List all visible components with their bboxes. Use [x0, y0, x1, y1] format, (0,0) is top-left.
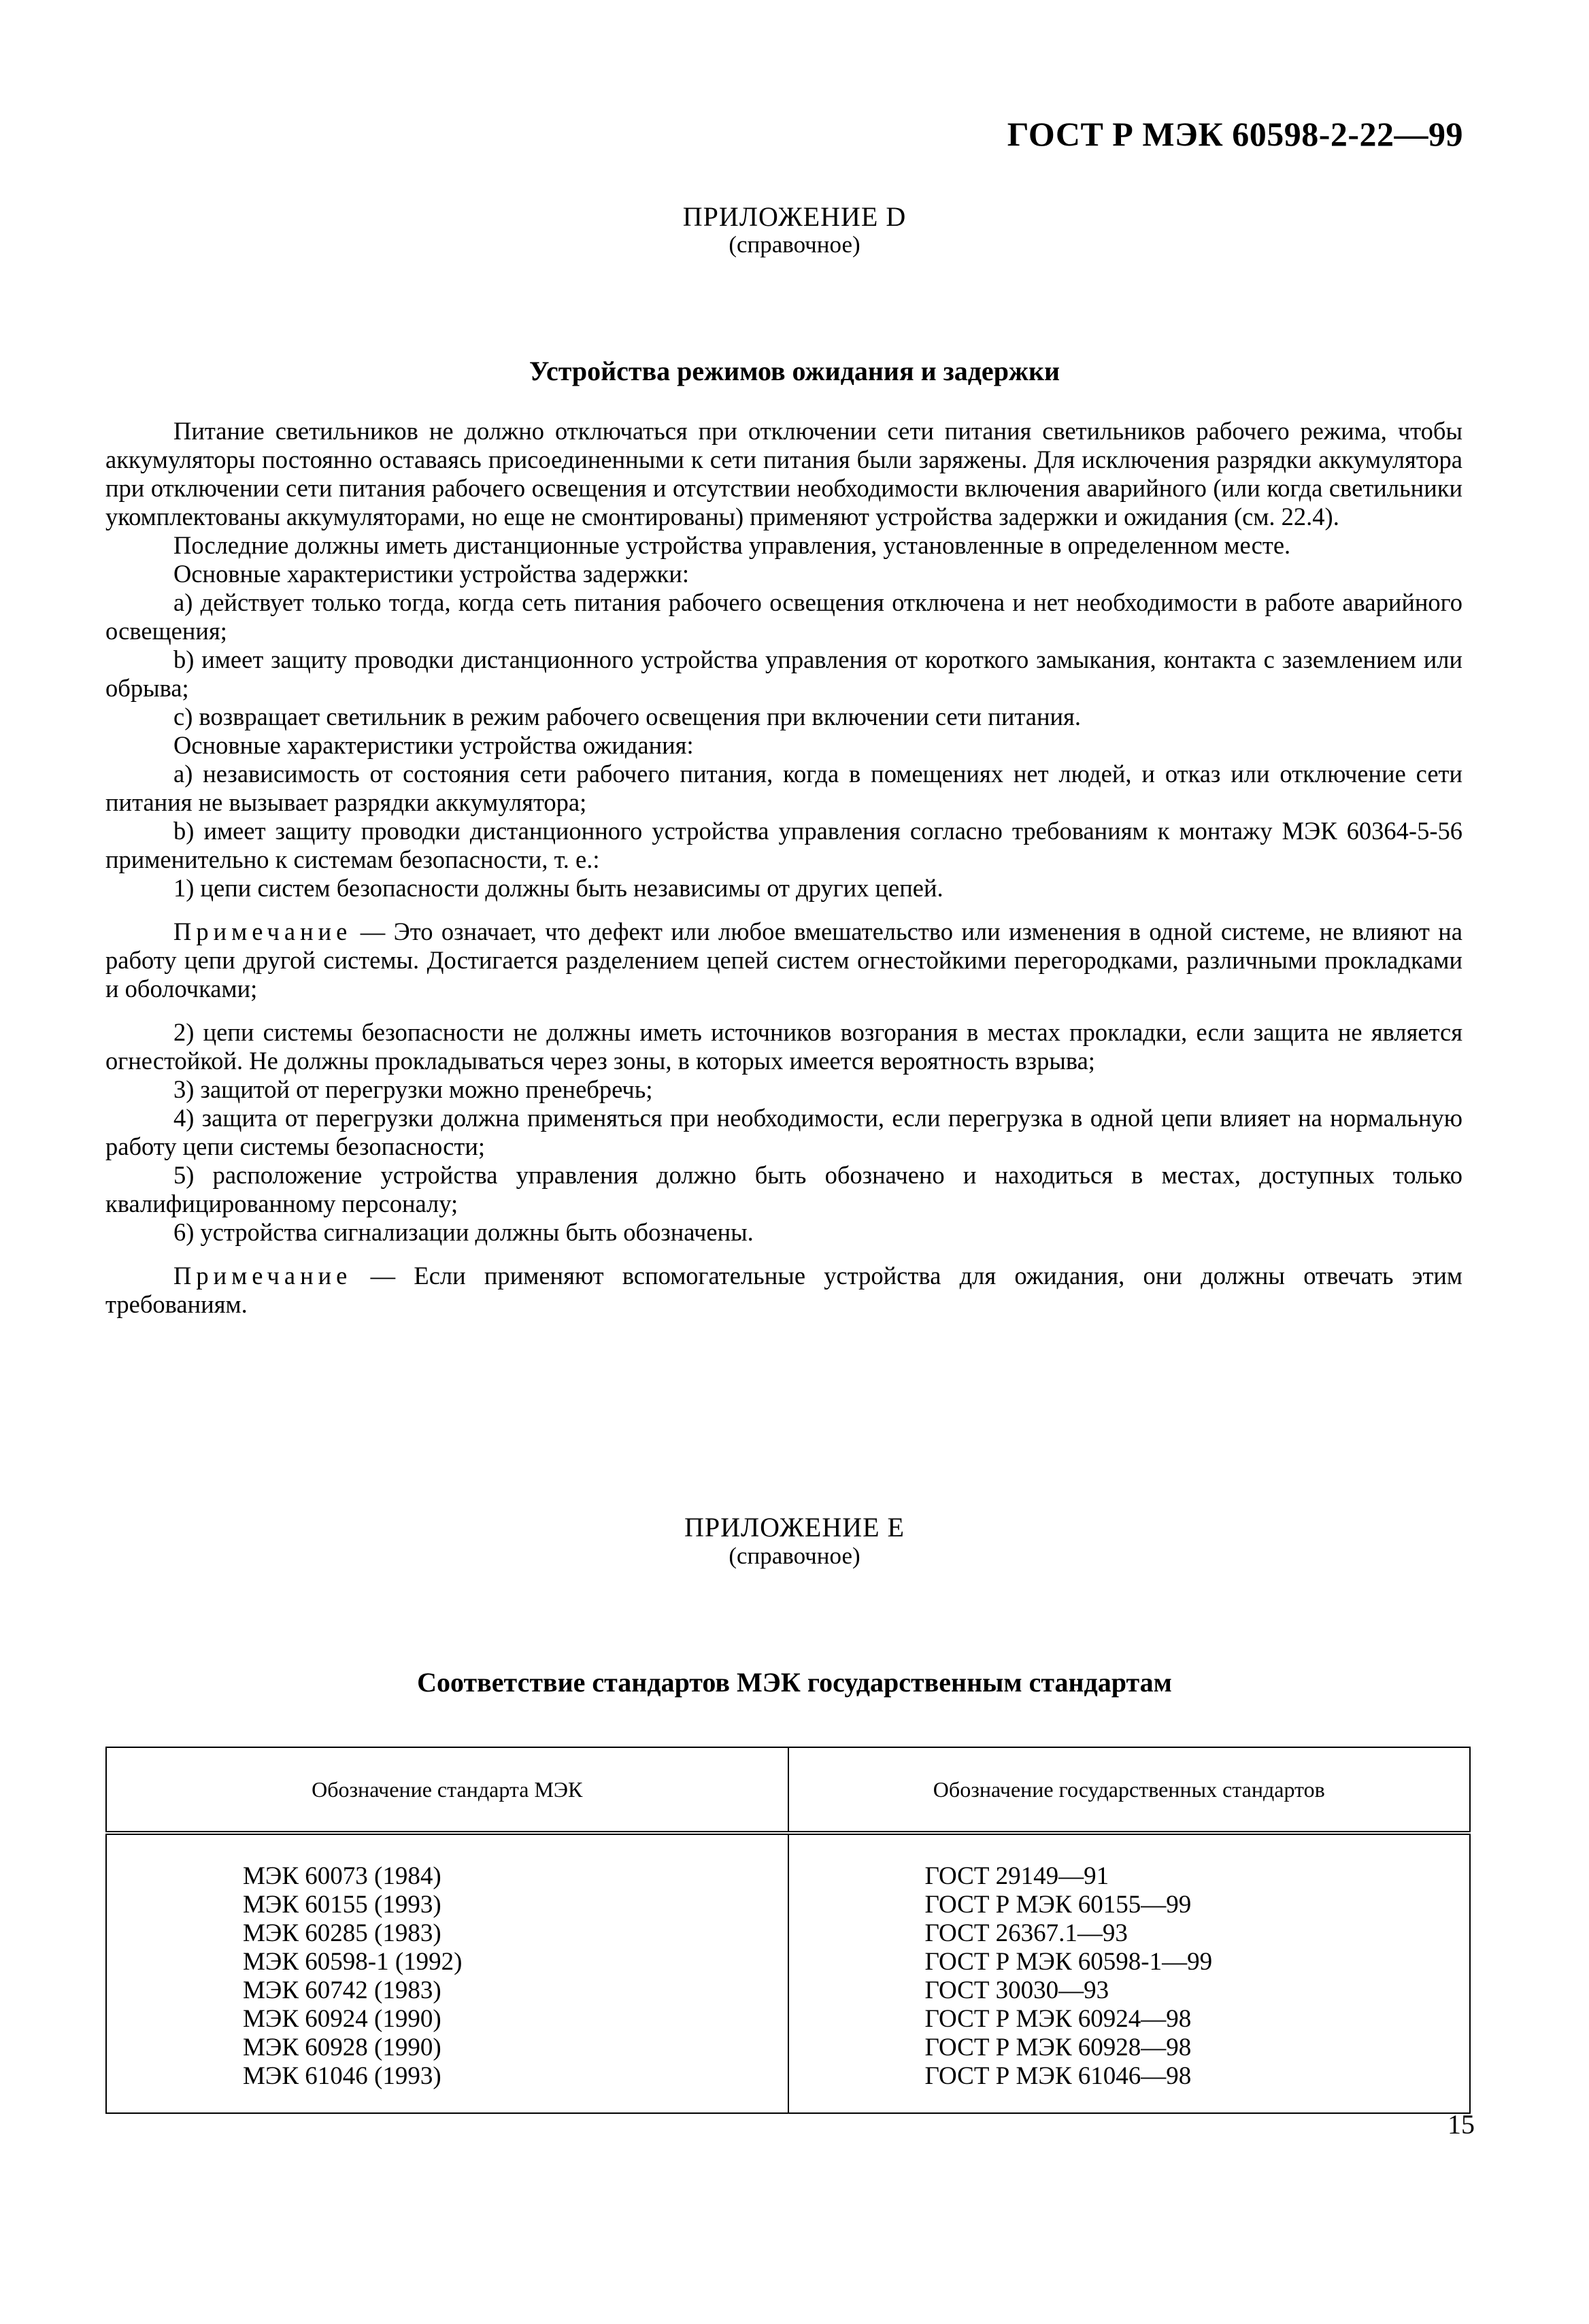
- iec-column-cell: МЭК 60073 (1984)МЭК 60155 (1993)МЭК 6028…: [106, 1833, 788, 2113]
- gost-column-cell: ГОСТ 29149—91ГОСТ Р МЭК 60155—99ГОСТ 263…: [788, 1833, 1471, 2113]
- annex-d-heading: Устройства режимов ожидания и задержки: [0, 355, 1589, 387]
- iec-standards-list: МЭК 60073 (1984)МЭК 60155 (1993)МЭК 6028…: [107, 1862, 788, 2091]
- list-item: а) независимость от состояния сети рабоч…: [105, 760, 1462, 817]
- annex-e-title: ПРИЛОЖЕНИЕ Е: [0, 1511, 1589, 1543]
- gost-standard-cell: ГОСТ Р МЭК 60924—98: [925, 2005, 1470, 2034]
- iec-standard-cell: МЭК 60598-1 (1992): [243, 1948, 788, 1976]
- list-item: а) действует только тогда, когда сеть пи…: [105, 588, 1462, 645]
- iec-standard-cell: МЭК 60742 (1983): [243, 1976, 788, 2005]
- paragraph: Последние должны иметь дистанционные уст…: [105, 531, 1462, 560]
- paragraph: Основные характеристики устройства задер…: [105, 560, 1462, 588]
- iec-standard-cell: МЭК 60155 (1993): [243, 1891, 788, 1919]
- list-item: 1) цепи систем безопасности должны быть …: [105, 874, 1462, 903]
- list-item: 6) устройства сигнализации должны быть о…: [105, 1218, 1462, 1247]
- table-row: МЭК 60073 (1984)МЭК 60155 (1993)МЭК 6028…: [106, 1833, 1470, 2113]
- gost-standard-cell: ГОСТ Р МЭК 61046—98: [925, 2062, 1470, 2091]
- iec-standard-cell: МЭК 60928 (1990): [243, 2034, 788, 2062]
- gost-standard-cell: ГОСТ 29149—91: [925, 1862, 1470, 1891]
- list-item: 5) расположение устройства управления до…: [105, 1161, 1462, 1218]
- paragraph: Основные характеристики устройства ожида…: [105, 731, 1462, 760]
- standards-table: Обозначение стандарта МЭК Обозначение го…: [105, 1747, 1471, 2114]
- paragraph: Питание светильников не должно отключать…: [105, 417, 1462, 531]
- list-item: 3) защитой от перегрузки можно пренебреч…: [105, 1075, 1462, 1104]
- note: Примечание — Если применяют вспомогатель…: [105, 1262, 1462, 1319]
- gost-standard-cell: ГОСТ 26367.1—93: [925, 1919, 1470, 1948]
- column-header-iec: Обозначение стандарта МЭК: [106, 1747, 788, 1833]
- annex-e-subtitle: (справочное): [0, 1543, 1589, 1570]
- standards-table-container: Обозначение стандарта МЭК Обозначение го…: [105, 1747, 1471, 2114]
- gost-standard-cell: ГОСТ Р МЭК 60928—98: [925, 2034, 1470, 2062]
- iec-standard-cell: МЭК 60285 (1983): [243, 1919, 788, 1948]
- table-header-row: Обозначение стандарта МЭК Обозначение го…: [106, 1747, 1470, 1833]
- gost-standard-cell: ГОСТ Р МЭК 60155—99: [925, 1891, 1470, 1919]
- document-code: ГОСТ Р МЭК 60598-2-22—99: [1007, 114, 1463, 154]
- list-item: b) имеет защиту проводки дистанционного …: [105, 645, 1462, 703]
- annex-d-body: Питание светильников не должно отключать…: [105, 417, 1462, 1334]
- note-label: Примечание: [173, 917, 352, 945]
- annex-d-title: ПРИЛОЖЕНИЕ D: [0, 201, 1589, 233]
- iec-standard-cell: МЭК 61046 (1993): [243, 2062, 788, 2091]
- column-header-gost: Обозначение государственных стандартов: [788, 1747, 1471, 1833]
- page-number: 15: [1448, 2108, 1475, 2140]
- gost-standards-list: ГОСТ 29149—91ГОСТ Р МЭК 60155—99ГОСТ 263…: [789, 1862, 1470, 2091]
- list-item: 4) защита от перегрузки должна применять…: [105, 1104, 1462, 1161]
- note: Примечание — Это означает, что дефект ил…: [105, 917, 1462, 1003]
- list-item: b) имеет защиту проводки дистанционного …: [105, 817, 1462, 874]
- iec-standard-cell: МЭК 60073 (1984): [243, 1862, 788, 1891]
- iec-standard-cell: МЭК 60924 (1990): [243, 2005, 788, 2034]
- gost-standard-cell: ГОСТ 30030—93: [925, 1976, 1470, 2005]
- annex-d-subtitle: (справочное): [0, 231, 1589, 258]
- list-item: 2) цепи системы безопасности не должны и…: [105, 1018, 1462, 1075]
- annex-e-heading: Соответствие стандартов МЭК государствен…: [0, 1666, 1589, 1698]
- gost-standard-cell: ГОСТ Р МЭК 60598-1—99: [925, 1948, 1470, 1976]
- note-label: Примечание: [173, 1262, 352, 1290]
- list-item: c) возвращает светильник в режим рабочег…: [105, 703, 1462, 731]
